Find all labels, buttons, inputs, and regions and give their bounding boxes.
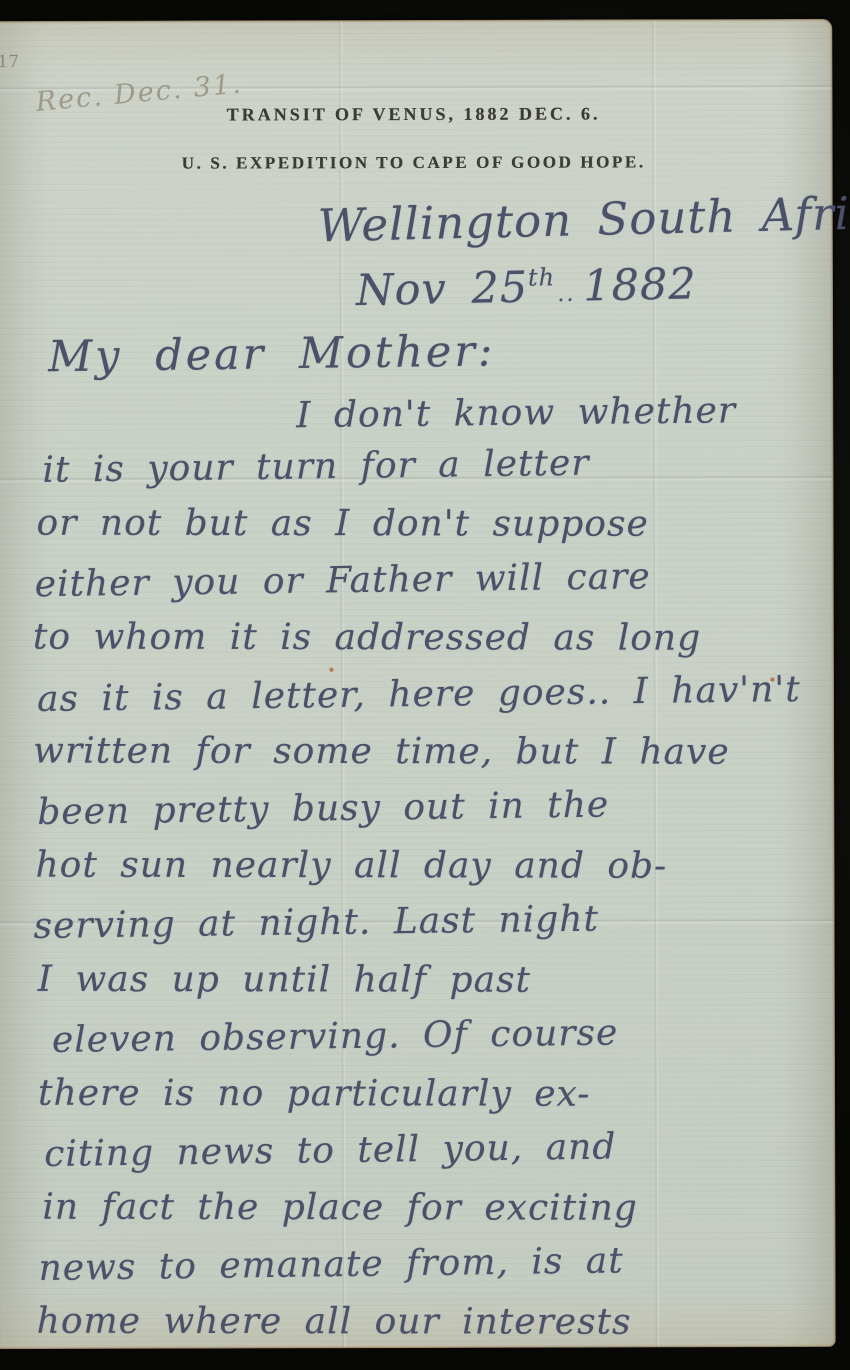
handwriting-line: in fact the place for exciting: [42, 1187, 638, 1229]
letterhead-title: TRANSIT OF VENUS, 1882 DEC. 6.: [0, 103, 832, 126]
date-year: 1882: [583, 259, 697, 311]
letterhead-subtitle: U. S. EXPEDITION TO CAPE OF GOOD HOPE.: [0, 152, 832, 174]
handwriting-line: I don't know whether: [296, 390, 736, 436]
handwriting-line: to whom it is addressed as long: [33, 617, 701, 659]
scanned-letter-background: 17 Rec. Dec. 31. TRANSIT OF VENUS, 1882 …: [0, 0, 850, 1370]
handwriting-line: either you or Father will care: [34, 556, 650, 605]
handwriting-line: news to emanate from, is at: [38, 1240, 624, 1289]
letter-body: it is your turn for a letter or not but …: [0, 20, 831, 22]
handwritten-place: Wellington South Africa: [317, 186, 850, 253]
handwritten-date: Nov 25th..1882: [355, 259, 697, 316]
date-ordinal: th: [528, 263, 556, 292]
corner-pencil-mark: 17: [0, 52, 19, 72]
handwriting-line: there is no particularly ex-: [38, 1073, 590, 1115]
handwriting-line: or not but as I don't suppose: [37, 503, 649, 545]
handwriting-line: it is your turn for a letter: [42, 443, 590, 491]
date-flourish: ..: [557, 282, 575, 307]
handwriting-line: written for some time, but I have: [33, 730, 730, 772]
handwriting-line: I was up until half past: [38, 959, 531, 1001]
handwriting-line: as it is a letter, here goes.. I hav'n't: [37, 669, 801, 720]
handwriting-line: serving at night. Last night: [33, 899, 599, 947]
handwriting-line: hot sun nearly all day and ob-: [35, 845, 667, 887]
handwriting-line: eleven observing. Of course: [52, 1013, 619, 1061]
handwriting-line: home where all our interests: [37, 1301, 632, 1343]
letter-paper: 17 Rec. Dec. 31. TRANSIT OF VENUS, 1882 …: [0, 19, 836, 1349]
handwriting-line: been pretty busy out in the: [37, 784, 609, 832]
handwriting-line: citing news to tell you, and: [44, 1126, 617, 1174]
salutation: My dear Mother:: [48, 326, 496, 382]
foxing-spot: [329, 667, 334, 672]
date-day: Nov 25: [355, 263, 528, 316]
